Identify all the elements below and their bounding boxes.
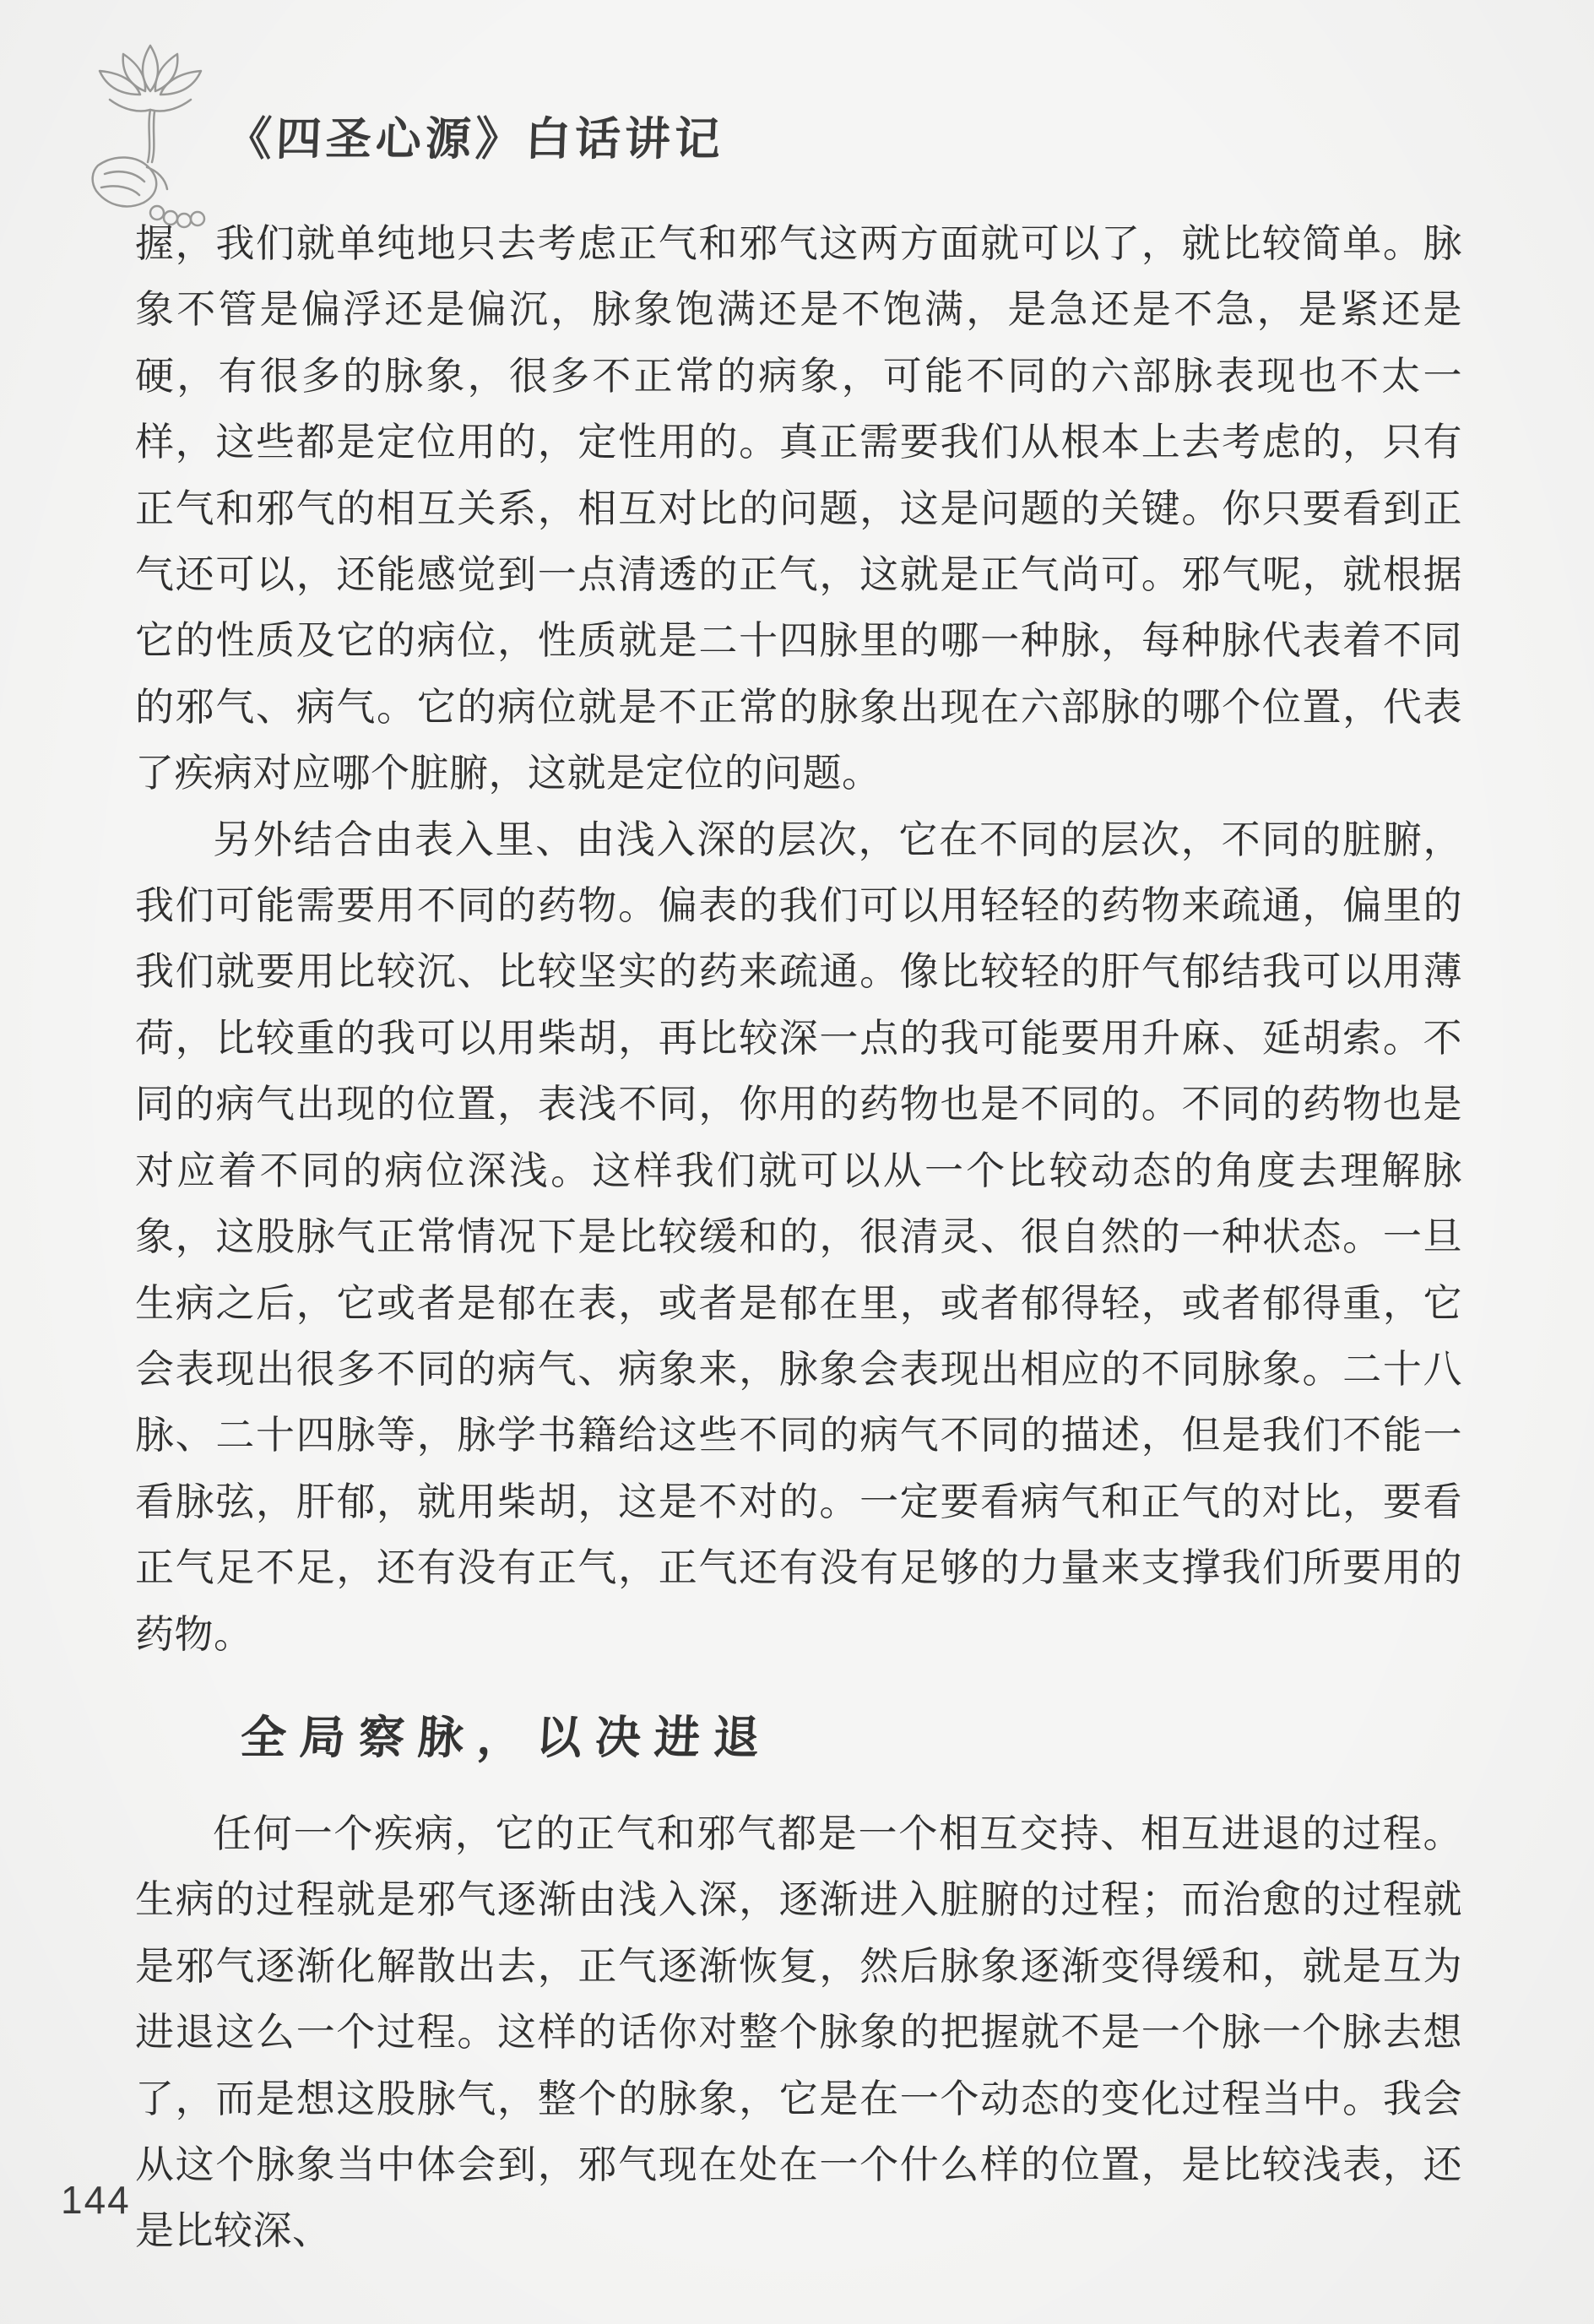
paragraph-1: 握，我们就单纯地只去考虑正气和邪气这两方面就可以了，就比较简单。脉象不管是偏浮还… — [135, 211, 1462, 807]
page-number: 144 — [61, 2177, 131, 2223]
paragraph-2: 另外结合由表入里、由浅入深的层次，它在不同的层次，不同的脏腑，我们可能需要用不同… — [135, 807, 1462, 1668]
book-page: 《四圣心源》白话讲记 握，我们就单纯地只去考虑正气和邪气这两方面就可以了，就比较… — [0, 0, 1594, 2324]
page-content: 握，我们就单纯地只去考虑正气和邪气这两方面就可以了，就比较简单。脉象不管是偏浮还… — [135, 211, 1462, 2265]
section-heading: 全局察脉，以决进退 — [239, 1708, 1464, 1767]
hand-holding-lotus-icon — [59, 34, 245, 236]
book-title: 《四圣心源》白话讲记 — [225, 103, 726, 168]
paragraph-3: 任何一个疾病，它的正气和邪气都是一个相互交持、相互进退的过程。生病的过程就是邪气… — [135, 1801, 1462, 2265]
